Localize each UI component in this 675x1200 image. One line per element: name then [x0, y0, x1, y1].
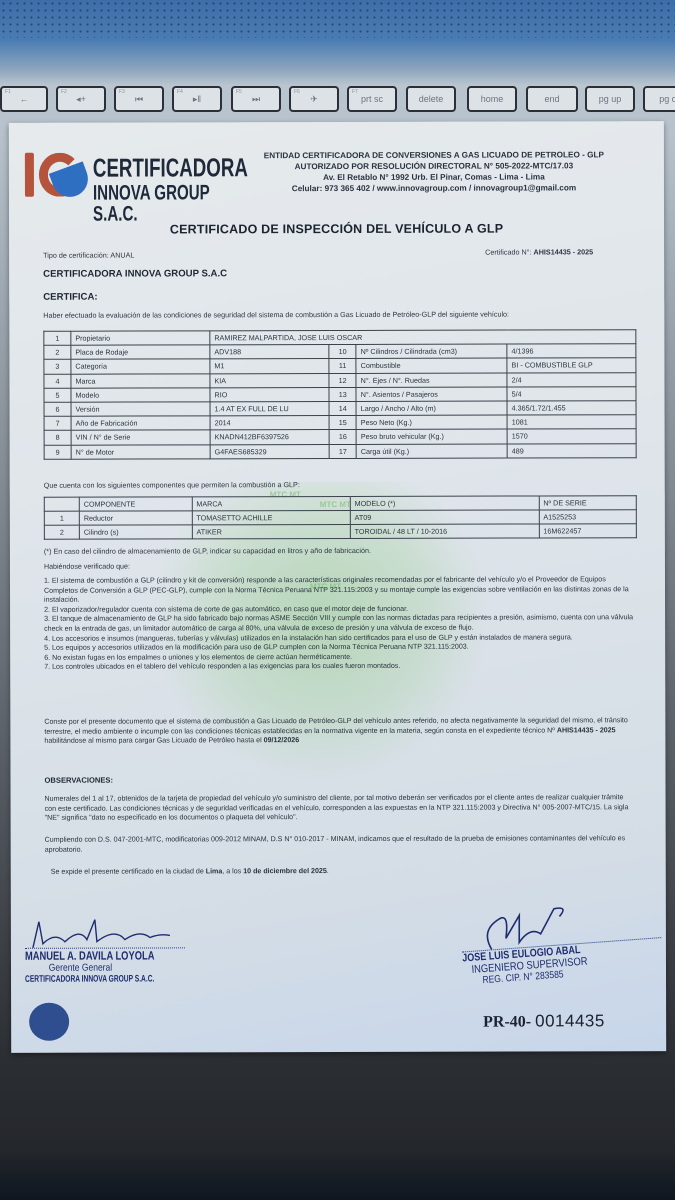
- key-label: prt sc: [361, 94, 383, 104]
- stamp-seal: [29, 1003, 69, 1041]
- company-logo: CERTIFICADORA INNOVA GROUP S.A.C.: [19, 144, 209, 204]
- table-cell: 4.365/1.72/1.455: [507, 401, 636, 416]
- table-cell: 11: [329, 359, 356, 373]
- key-label: home: [481, 94, 504, 104]
- table-cell: 16: [329, 430, 356, 444]
- verification-item: 3. El tanque de almacenamiento de GLP ha…: [44, 614, 634, 635]
- table-cell: Modelo: [71, 388, 210, 403]
- table-cell: Peso Neto (Kg.): [356, 415, 507, 430]
- verification-item: 7. Los controles ubicados en el tablero …: [44, 662, 634, 673]
- logo-i-mark: [25, 153, 34, 197]
- table-cell: 8: [44, 431, 71, 445]
- table-header-row: COMPONENTEMARCAMODELO (*)Nº DE SERIE: [44, 496, 636, 512]
- table-cell: A1525253: [539, 510, 637, 524]
- table-cell: 2/4: [507, 372, 636, 387]
- key-pgdn[interactable]: pg d: [643, 86, 675, 112]
- table-cell: 7: [44, 416, 71, 430]
- table-row: 4MarcaKIA12N°. Ejes / N°. Ruedas2/4: [44, 372, 636, 388]
- key-label: pg up: [599, 94, 622, 104]
- table-cell: 1081: [507, 415, 636, 430]
- signature-scribble: [25, 917, 185, 948]
- key-end[interactable]: end: [526, 86, 578, 112]
- table-cell: Placa de Rodaje: [71, 345, 210, 360]
- table-cell: 6: [44, 402, 71, 416]
- intro-text: Haber efectuado la evaluación de las con…: [43, 309, 643, 320]
- observations-p1: Numerales del 1 al 17, obtenidos de la t…: [45, 793, 635, 823]
- certifica-heading: CERTIFICA:: [43, 292, 97, 303]
- table-cell: Combustible: [356, 358, 507, 373]
- table-cell: 3: [44, 360, 71, 374]
- table-cell: 16M622457: [539, 524, 637, 538]
- table-cell: TOROIDAL / 48 LT / 10-2016: [350, 524, 539, 538]
- signature-engineer: JOSE LUIS EULOGIO ABAL INGENIERO SUPERVI…: [459, 897, 664, 987]
- column-header: COMPONENTE: [79, 497, 192, 511]
- table-cell: 9: [44, 445, 71, 459]
- table-cell: 4/1396: [507, 344, 636, 359]
- cert-type: Tipo de certificación: ANUAL: [43, 251, 134, 260]
- verification-intro: Habiéndose verificado que:: [44, 561, 634, 572]
- table-cell: 13: [329, 387, 356, 401]
- table-cell: 489: [507, 443, 636, 458]
- table-cell: Peso bruto vehicular (Kg.): [356, 429, 507, 444]
- table-cell: 15: [329, 416, 356, 430]
- table-cell: 12: [329, 373, 356, 387]
- table-row: 1ReductorTOMASETTO ACHILLEAT09A1525253: [44, 510, 636, 526]
- table-cell: 2014: [210, 416, 329, 430]
- table-cell: 1570: [507, 429, 636, 444]
- key-f2[interactable]: F2◂+: [56, 86, 106, 112]
- keyboard-function-row: F1← F2◂+ F3⏮ F4▸‖ F5⏭ F6✈ F7prt sc delet…: [0, 86, 675, 116]
- table-cell: ADV188: [210, 345, 329, 359]
- key-home[interactable]: home: [467, 86, 517, 112]
- owner-value: RAMIREZ MALPARTIDA, JOSE LUIS OSCAR: [210, 330, 636, 345]
- table-cell: Versión: [71, 402, 210, 417]
- vehicle-table: 1 Propietario RAMIREZ MALPARTIDA, JOSE L…: [43, 329, 636, 459]
- laptop-speaker-grille: [0, 0, 675, 38]
- table-cell: Marca: [71, 373, 210, 388]
- issued-statement: Se expide el presente certificado en la …: [51, 866, 641, 877]
- table-cell: Nº Cilindros / Cilindrada (cm3): [356, 344, 507, 359]
- verification-item: 1. El sistema de combustión a GLP (cilin…: [44, 575, 634, 605]
- key-label: delete: [419, 94, 444, 104]
- table-cell: Reductor: [79, 511, 192, 525]
- table-cell: TOMASETTO ACHILLE: [192, 510, 350, 524]
- document-title: CERTIFICADO DE INSPECCIÓN DEL VEHÍCULO A…: [9, 221, 664, 237]
- components-table: COMPONENTEMARCAMODELO (*)Nº DE SERIE1Red…: [44, 495, 637, 540]
- table-cell: ATIKER: [192, 524, 350, 538]
- table-cell: 5/4: [507, 386, 636, 401]
- table-row: 2Placa de RodajeADV18810Nº Cilindros / C…: [44, 344, 636, 360]
- key-label: end: [544, 94, 559, 104]
- verification-list: 1. El sistema de combustión a GLP (cilin…: [44, 575, 634, 672]
- table-cell: 17: [329, 444, 356, 458]
- components-intro: Que cuenta con los siguientes componente…: [44, 480, 300, 490]
- key-label: pg d: [659, 94, 675, 104]
- key-pgup[interactable]: pg up: [585, 86, 635, 112]
- table-cell: Largo / Ancho / Alto (m): [356, 401, 507, 416]
- signature-scribble: [459, 897, 661, 952]
- key-f4[interactable]: F4▸‖: [172, 86, 222, 112]
- observations-p2: Cumpliendo con D.S. 047-2001-MTC, modifi…: [45, 834, 635, 855]
- table-row: 9N° de MotorG4FAES68532917Carga útil (Kg…: [44, 443, 636, 459]
- table-cell: Categoría: [71, 359, 210, 374]
- table-row: 1 Propietario RAMIREZ MALPARTIDA, JOSE L…: [44, 330, 636, 346]
- table-cell: N°. Ejes / N°. Ruedas: [356, 373, 507, 388]
- table-row: 8VIN / N° de SerieKNADN412BF639752616Pes…: [44, 429, 636, 445]
- form-serial-number: PR-40- 0014435: [483, 1011, 605, 1031]
- table-cell: AT09: [350, 510, 539, 524]
- key-f6[interactable]: F6✈: [289, 86, 339, 112]
- table-cell: 10: [329, 345, 356, 359]
- company-name: CERTIFICADORA INNOVA GROUP S.A.C: [43, 268, 227, 279]
- table-cell: VIN / N° de Serie: [71, 430, 210, 445]
- key-f1[interactable]: F1←: [0, 86, 48, 112]
- table-cell: 5: [44, 388, 71, 402]
- table-cell: 1.4 AT EX FULL DE LU: [210, 401, 329, 415]
- key-label: ⏮: [135, 94, 143, 105]
- key-prtsc[interactable]: F7prt sc: [347, 86, 397, 112]
- table-cell: 4: [44, 374, 71, 388]
- key-label: ▸‖: [193, 94, 201, 105]
- column-header: Nº DE SERIE: [539, 496, 637, 510]
- table-cell: N°. Asientos / Pasajeros: [356, 387, 507, 402]
- table-cell: Cilindro (s): [79, 525, 192, 539]
- signature-manager: MANUEL A. DAVILA LOYOLA Gerente General …: [25, 917, 185, 984]
- key-f3[interactable]: F3⏮: [114, 86, 164, 112]
- table-cell: N° de Motor: [71, 444, 210, 459]
- cert-number: Certificado N°: AHIS14435 - 2025: [485, 247, 593, 256]
- entity-header: ENTIDAD CERTIFICADORA DE CONVERSIONES A …: [224, 149, 644, 194]
- key-f5[interactable]: F5⏭: [231, 86, 281, 112]
- table-cell: 2: [44, 525, 79, 539]
- key-delete[interactable]: delete: [406, 86, 456, 112]
- table-row: 6Versión1.4 AT EX FULL DE LU14Largo / An…: [44, 401, 636, 417]
- table-cell: 2: [44, 345, 71, 359]
- components-footnote: (*) En caso del cilindro de almacenamien…: [44, 546, 371, 556]
- table-cell: KIA: [210, 373, 329, 387]
- table-cell: G4FAES685329: [210, 444, 329, 458]
- table-cell: KNADN412BF6397526: [210, 430, 329, 444]
- column-header: MODELO (*): [350, 496, 539, 510]
- key-label: ✈: [310, 94, 318, 105]
- key-label: ←: [20, 94, 29, 104]
- table-row: 3CategoríaM111CombustibleBI - COMBUSTIBL…: [44, 358, 636, 374]
- table-cell: RIO: [210, 387, 329, 401]
- table-cell: Año de Fabricación: [71, 416, 210, 431]
- table-cell: Carga útil (Kg.): [356, 444, 507, 459]
- conclusion-text: Conste por el presente documento que el …: [44, 716, 634, 746]
- key-label: ◂+: [76, 94, 86, 105]
- key-label: ⏭: [252, 94, 260, 105]
- table-row: 7Año de Fabricación201415Peso Neto (Kg.)…: [44, 415, 636, 431]
- certificate-paper: MTC MT MTC MT MTC MT CERTIFICADORA INNOV…: [9, 121, 666, 1053]
- table-cell: 1: [44, 511, 79, 525]
- table-cell: BI - COMBUSTIBLE GLP: [507, 358, 636, 373]
- table-cell: M1: [210, 359, 329, 373]
- table-row: 5ModeloRIO13N°. Asientos / Pasajeros5/4: [44, 386, 636, 402]
- column-header: [44, 497, 79, 511]
- table-cell: 14: [329, 401, 356, 415]
- column-header: MARCA: [192, 496, 350, 510]
- observations-title: OBSERVACIONES:: [44, 776, 113, 785]
- table-row: 2Cilindro (s)ATIKERTOROIDAL / 48 LT / 10…: [44, 524, 636, 540]
